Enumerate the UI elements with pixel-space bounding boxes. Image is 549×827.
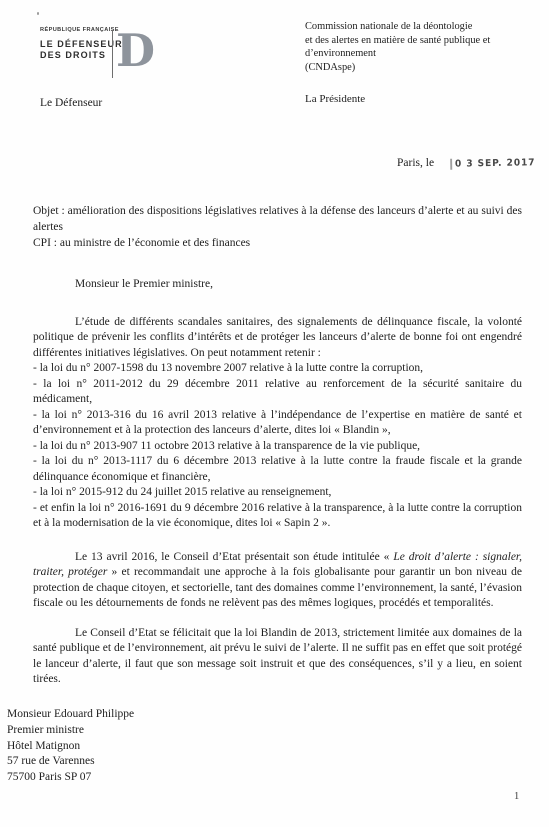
paragraph-blandin: Le Conseil d’Etat se félicitait que la l… bbox=[33, 626, 522, 688]
address-line: Monsieur Edouard Philippe bbox=[7, 707, 134, 723]
recipient-title: La Présidente bbox=[305, 93, 365, 105]
paragraph-text: Le 13 avril 2016, le Conseil d’Etat prés… bbox=[75, 551, 393, 563]
letter-page: RÉPUBLIQUE FRANÇAISE LE DÉFENSEUR DES DR… bbox=[0, 0, 549, 827]
org-line: Commission nationale de la déontologie bbox=[305, 20, 540, 34]
address-line: 75700 Paris SP 07 bbox=[7, 770, 134, 786]
law-item: - la loi n° 2013-316 du 16 avril 2013 re… bbox=[33, 408, 522, 439]
dateline-place: Paris, le bbox=[397, 157, 434, 169]
scan-artifact-dot bbox=[37, 12, 39, 15]
letter-body: Monsieur le Premier ministre, L’étude de… bbox=[33, 277, 522, 688]
address-line: Premier ministre bbox=[7, 723, 134, 739]
address-line: 57 rue de Varennes bbox=[7, 754, 134, 770]
law-item: - et enfin la loi n° 2016-1691 du 9 déce… bbox=[33, 501, 522, 532]
salutation: Monsieur le Premier ministre, bbox=[33, 277, 522, 293]
subject-block: Objet : amélioration des dispositions lé… bbox=[33, 204, 522, 251]
org-line: (CNDAspe) bbox=[305, 61, 540, 75]
date-stamp: 0 3 SEP. 2017 bbox=[450, 157, 535, 169]
page-number: 1 bbox=[514, 791, 519, 802]
paragraph-intro: L’étude de différents scandales sanitair… bbox=[33, 315, 522, 362]
org-line: d’environnement bbox=[305, 47, 540, 61]
recipient-address-block: Monsieur Edouard Philippe Premier minist… bbox=[7, 707, 134, 786]
logo-letter-d: D bbox=[116, 28, 155, 73]
subject-objet: Objet : amélioration des dispositions lé… bbox=[33, 204, 522, 236]
recipient-organization: Commission nationale de la déontologie e… bbox=[305, 20, 540, 74]
sender-title: Le Défenseur bbox=[40, 97, 102, 109]
law-item: - la loi du n° 2013-1117 du 6 décembre 2… bbox=[33, 454, 522, 485]
logo-divider bbox=[112, 30, 113, 78]
subject-cpi: CPI : au ministre de l’économie et des f… bbox=[33, 236, 522, 252]
law-item: - la loi du n° 2013-907 11 octobre 2013 … bbox=[33, 439, 522, 455]
law-item: - la loi n° 2011-2012 du 29 décembre 201… bbox=[33, 377, 522, 408]
dateline: Paris, le0 3 SEP. 2017 bbox=[397, 157, 538, 169]
laws-list: - la loi du n° 2007-1598 du 13 novembre … bbox=[33, 361, 522, 532]
law-item: - la loi du n° 2007-1598 du 13 novembre … bbox=[33, 361, 522, 377]
paragraph-conseil-etat: Le 13 avril 2016, le Conseil d’Etat prés… bbox=[33, 550, 522, 612]
paragraph-text: » et recommandait une approche à la fois… bbox=[33, 566, 522, 609]
law-item: - la loi n° 2015-912 du 24 juillet 2015 … bbox=[33, 485, 522, 501]
address-line: Hôtel Matignon bbox=[7, 739, 134, 755]
org-line: et des alertes en matière de santé publi… bbox=[305, 34, 540, 48]
